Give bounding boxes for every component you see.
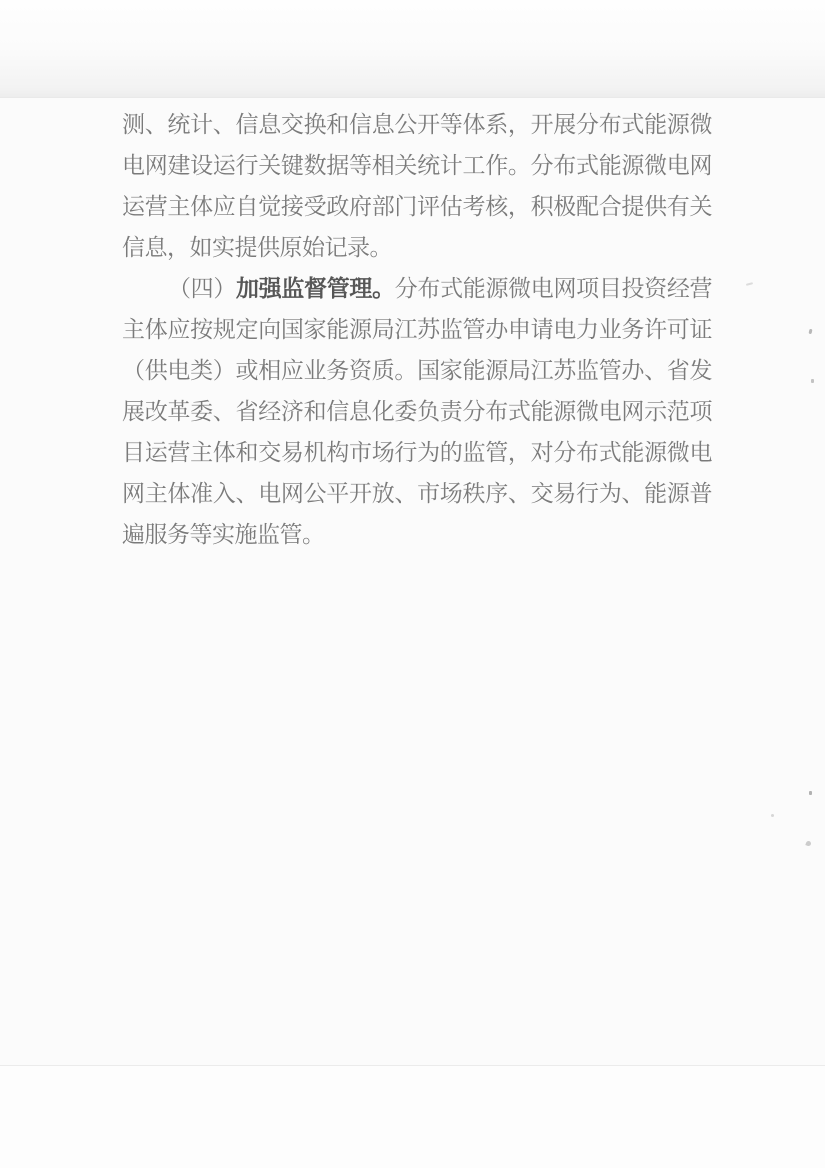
body-text: 分布式能源微电网项目投资经营主体应按规定向国家能源局江苏监管办申请电力业务许可证… xyxy=(122,276,712,547)
section-number: （四） xyxy=(168,276,236,301)
scan-speck xyxy=(809,791,812,795)
paragraph-section-4: （四）加强监督管理。分布式能源微电网项目投资经营主体应按规定向国家能源局江苏监管… xyxy=(122,268,712,555)
section-heading: 加强监督管理。 xyxy=(236,276,395,301)
body-text: 测、统计、信息交换和信息公开等体系，开展分布式能源微电网建设运行关键数据等相关统… xyxy=(122,112,712,260)
document-body: 测、统计、信息交换和信息公开等体系，开展分布式能源微电网建设运行关键数据等相关统… xyxy=(122,104,712,555)
scan-top-edge-band xyxy=(0,0,825,98)
paragraph-continuation: 测、统计、信息交换和信息公开等体系，开展分布式能源微电网建设运行关键数据等相关统… xyxy=(122,104,712,268)
scanned-page: 测、统计、信息交换和信息公开等体系，开展分布式能源微电网建设运行关键数据等相关统… xyxy=(0,0,825,1168)
scan-speck xyxy=(805,840,811,846)
scan-speck xyxy=(771,814,774,817)
scan-speck xyxy=(809,329,813,335)
scan-speck xyxy=(746,282,753,286)
scan-bottom-band xyxy=(0,1066,825,1168)
scan-speck xyxy=(811,379,814,383)
